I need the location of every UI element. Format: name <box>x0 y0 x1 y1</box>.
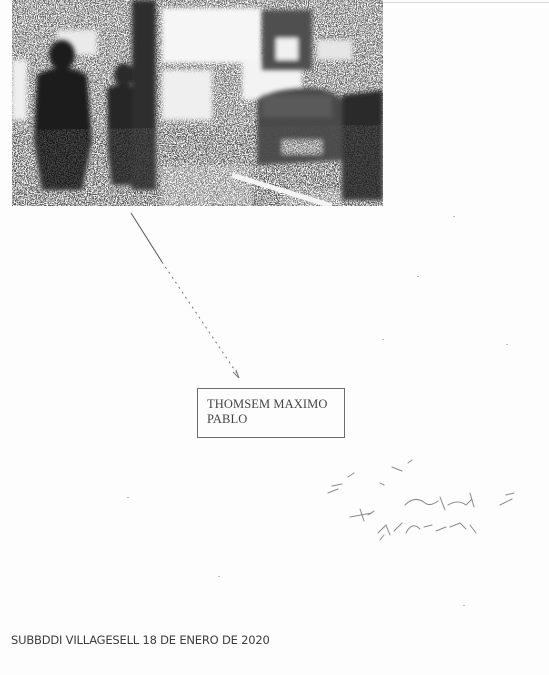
footer-location-date: SUBBDDI VILLAGESELL 18 DE ENERO DE 2020 <box>11 633 270 647</box>
document-page: THOMSEM MAXIMO PABLO <box>0 0 549 675</box>
scan-speck <box>417 276 419 277</box>
name-line-2: PABLO <box>207 412 344 427</box>
scan-speck <box>463 605 465 606</box>
scan-speck <box>382 339 384 340</box>
suspect-name-label: THOMSEM MAXIMO PABLO <box>197 388 345 438</box>
scan-speck <box>127 497 129 498</box>
name-line-1: THOMSEM MAXIMO <box>207 397 344 412</box>
scan-speck <box>506 344 508 345</box>
scan-speck <box>453 216 455 217</box>
scan-speck <box>218 576 220 577</box>
scan-edge-line <box>380 2 549 3</box>
photo-image-icon <box>12 0 383 206</box>
surveillance-photo <box>12 0 383 206</box>
signature-icon <box>320 455 530 555</box>
